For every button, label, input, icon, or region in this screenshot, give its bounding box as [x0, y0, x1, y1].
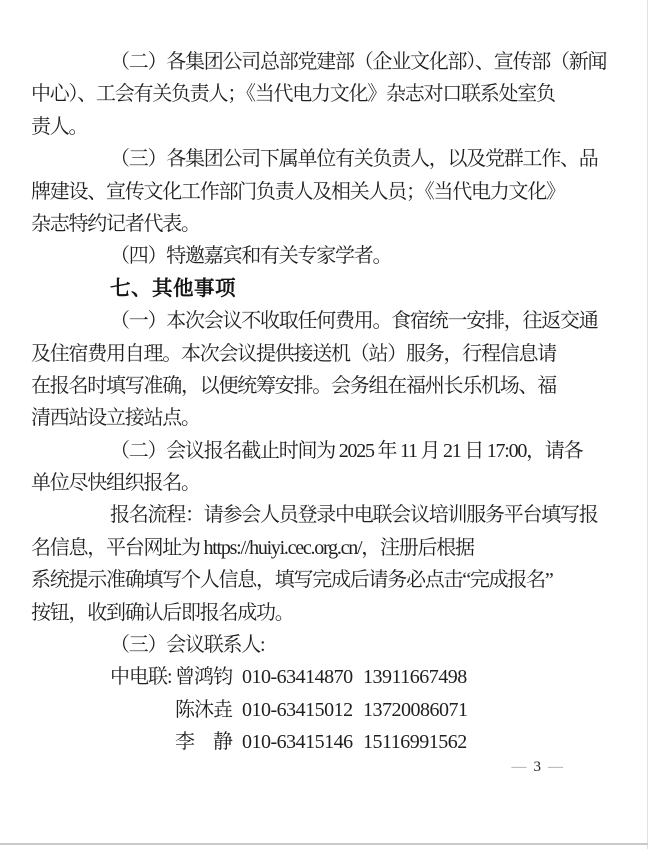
paragraph-line: 清西站设立接站点。: [31, 402, 577, 434]
page-number-dash: —: [548, 759, 563, 775]
document-page: （二）各集团公司总部党建部（企业文化部）、宣传部（新闻 中心）、工会有关负责人；…: [0, 0, 648, 849]
section-heading: 七、其他事项: [31, 273, 577, 305]
contact-phone: 010-63415146: [242, 726, 363, 758]
paragraph-line: 在报名时填写准确，以便统筹安排。会务组在福州长乐机场、福: [31, 370, 577, 402]
paragraph-line: 牌建设、宣传文化工作部门负责人及相关人员；《当代电力文化》: [31, 176, 577, 208]
page-number-dash: —: [512, 759, 527, 775]
page-number-value: 3: [534, 759, 542, 775]
contact-row: 陈沐垚 010-63415012 13720086071: [31, 694, 577, 726]
contact-name: 陈沐垚: [175, 694, 233, 726]
contact-name: 李 静: [175, 726, 233, 758]
page-number: —3—: [512, 757, 564, 777]
document-body: （二）各集团公司总部党建部（企业文化部）、宣传部（新闻 中心）、工会有关负责人；…: [31, 46, 577, 759]
contact-name: 曾鸿钧: [175, 661, 233, 693]
scan-bottom-edge-line: [0, 843, 648, 845]
paragraph-line: （三）各集团公司下属单位有关负责人，以及党群工作、品: [31, 143, 577, 175]
contact-phone: 010-63414870: [242, 661, 363, 693]
registration-url-line: 名信息，平台网址为 https://huiyi.cec.org.cn/，注册后根…: [31, 532, 577, 564]
contact-org-label: [110, 694, 175, 726]
contacts-heading-line: （三）会议联系人:: [31, 629, 577, 661]
contact-row: 李 静 010-63415146 15116991562: [31, 726, 577, 758]
contact-mobile: 13911667498: [363, 661, 467, 693]
contact-mobile: 15116991562: [363, 726, 467, 758]
contact-row: 中电联: 曾鸿钧 010-63414870 13911667498: [31, 661, 577, 693]
paragraph-line: 按钮，收到确认后即报名成功。: [31, 597, 577, 629]
contact-mobile: 13720086071: [363, 694, 468, 726]
contact-org-label: 中电联:: [110, 661, 175, 693]
paragraph-line: 杂志特约记者代表。: [31, 208, 577, 240]
paragraph-line: 责人。: [31, 111, 577, 143]
paragraph-line: 及住宿费用自理。本次会议提供接送机（站）服务，行程信息请: [31, 338, 577, 370]
paragraph-line: （二）各集团公司总部党建部（企业文化部）、宣传部（新闻: [31, 46, 577, 78]
paragraph-line: （四）特邀嘉宾和有关专家学者。: [31, 240, 577, 272]
paragraph-line: 系统提示准确填写个人信息，填写完成后请务必点击“完成报名”: [31, 564, 577, 596]
paragraph-line: 单位尽快组织报名。: [31, 467, 577, 499]
paragraph-line: 中心）、工会有关负责人；《当代电力文化》杂志对口联系处室负: [31, 78, 577, 110]
contact-phone: 010-63415012: [242, 694, 363, 726]
paragraph-line: （一）本次会议不收取任何费用。食宿统一安排，往返交通: [31, 305, 577, 337]
paragraph-line: 报名流程：请参会人员登录中电联会议培训服务平台填写报: [31, 499, 577, 531]
paragraph-line: （二）会议报名截止时间为 2025 年 11 月 21 日 17:00，请各: [31, 435, 577, 467]
contact-org-label: [110, 726, 175, 758]
